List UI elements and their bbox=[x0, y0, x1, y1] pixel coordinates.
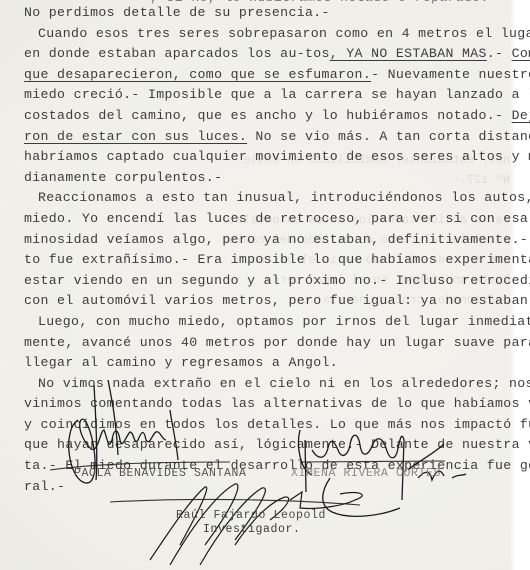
text-line: que desaparecieron, como que se esfumaro… bbox=[24, 65, 504, 86]
text-line: ron de estar con sus luces. No se vio má… bbox=[24, 127, 504, 148]
underlined-text: que desaparecieron, como que se esfumaro… bbox=[24, 67, 371, 82]
text-line: ta.- El miedo durante el desarrollo de e… bbox=[24, 456, 504, 477]
text-line: mente, avancé unos 40 metros por donde h… bbox=[24, 333, 504, 354]
text-line: miedo. Yo encendí las luces de retroceso… bbox=[24, 209, 504, 230]
text-segment: en donde estaban aparcados los au-tos bbox=[24, 46, 330, 61]
text-line: y coincidimos en todos los detalles. Lo … bbox=[24, 415, 504, 436]
text-segment: costados del camino, que es ancho y lo h… bbox=[24, 108, 512, 123]
text-line: ral.- bbox=[24, 477, 504, 498]
text-line: que hayan desaparecido así, lógicamente.… bbox=[24, 435, 504, 456]
text-line: estar viendo en un segundo y al próximo … bbox=[24, 271, 504, 292]
text-line: costados del camino, que es ancho y lo h… bbox=[24, 106, 504, 127]
text-line: vinimos comentando todas las alternativa… bbox=[24, 394, 504, 415]
text-line: dianamente corpulentos.- bbox=[24, 168, 504, 189]
text-line: habríamos captado cualquier movimiento d… bbox=[24, 147, 504, 168]
text-line: No vimos nada extraño en el cielo ni en … bbox=[24, 374, 504, 395]
underlined-text: Como bbox=[512, 46, 530, 61]
document-body: No perdimos detalle de su presencia.-Cua… bbox=[24, 3, 504, 497]
underlined-text: ron de estar con sus luces. bbox=[24, 129, 247, 144]
text-line: Reaccionamos a esto tan inusual, introdu… bbox=[24, 188, 504, 209]
text-segment: .- bbox=[487, 46, 512, 61]
text-line: con el automóvil varios metros, pero fue… bbox=[24, 291, 504, 312]
underlined-text: , YA NO ESTABAN MAS bbox=[330, 46, 487, 61]
text-line: to fue extrañísimo.- Era imposible lo qu… bbox=[24, 250, 504, 271]
text-segment: - Nuevamente nuestro bbox=[371, 67, 530, 82]
text-line: Luego, con mucho miedo, optamos por irno… bbox=[24, 312, 504, 333]
text-segment: No se vio más. A tan corta distancia bbox=[247, 129, 530, 144]
text-line: No perdimos detalle de su presencia.- bbox=[24, 3, 504, 24]
text-line: miedo creció.- Imposible que a la carrer… bbox=[24, 85, 504, 106]
text-line: Cuando esos tres seres sobrepasaron como… bbox=[24, 24, 504, 45]
underlined-text: Deja- bbox=[512, 108, 530, 123]
text-line: minosidad veíamos algo, pero ya no estab… bbox=[24, 230, 504, 251]
text-line: llegar al camino y regresamos a Angol. bbox=[24, 353, 504, 374]
text-line: en donde estaban aparcados los au-tos, Y… bbox=[24, 44, 504, 65]
